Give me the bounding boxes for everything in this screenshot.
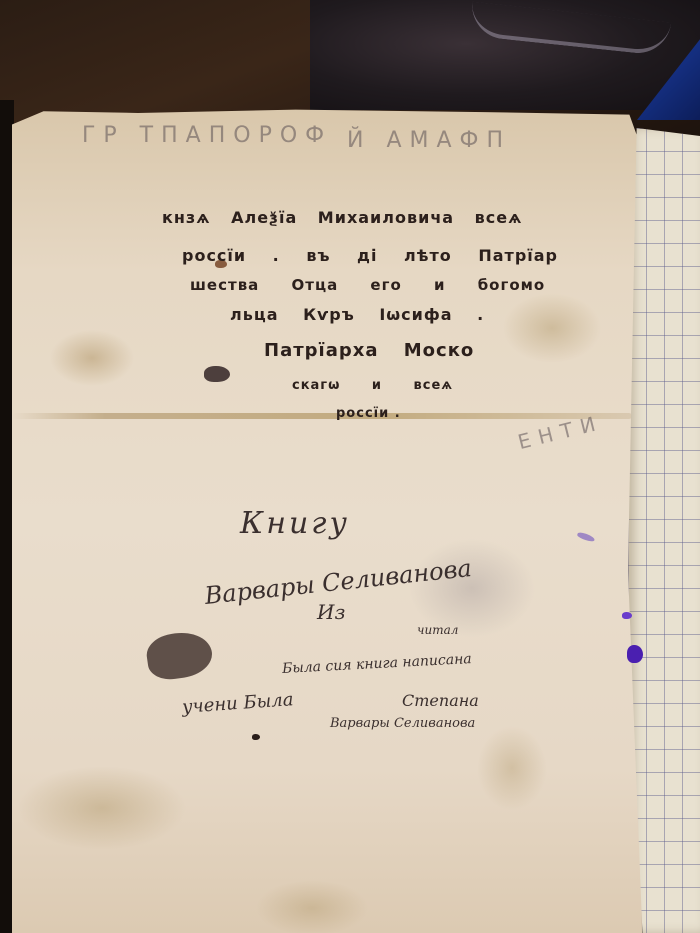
- book-page: ГР ТПАПОРОФ Й АМАФП ЕНТИ кнзѧ Алеѯїа Мих…: [12, 108, 642, 933]
- handwriting-studied: учени Была: [181, 689, 294, 718]
- left-shadow: [0, 100, 14, 933]
- faded-inscription-left: ГР ТПАПОРОФ: [82, 123, 332, 148]
- printed-line-3: шества Отца его и богомо: [190, 276, 545, 294]
- handwriting-owner-2: Варвары Селиванова: [330, 716, 475, 731]
- handwriting-written: Была сия книга написана: [282, 651, 472, 677]
- handwriting-stepan: Степана: [402, 691, 479, 710]
- printed-line-6: скагѡ и всеѧ: [292, 378, 453, 393]
- printed-line-7: россїи .: [336, 406, 401, 421]
- handwriting-book: Книгу: [240, 506, 350, 541]
- handwriting-read: читал: [417, 623, 458, 637]
- ink-stain: [204, 366, 230, 382]
- handwriting-from: Из: [317, 600, 345, 624]
- ink-stain: [144, 629, 215, 683]
- printed-line-1: кнзѧ Алеѯїа Михаиловича всеѧ: [162, 208, 522, 227]
- printed-line-5: Патрїарха Моско: [264, 340, 474, 361]
- ink-dot: [252, 734, 260, 740]
- printed-line-2: россїи . въ ді лѣто Патрїар: [182, 246, 558, 265]
- purple-ink-blot: [627, 645, 643, 663]
- faded-inscription-right: Й АМАФП: [347, 128, 511, 153]
- purple-ink-dot: [622, 612, 632, 619]
- printed-line-4: льца Кѵръ Ιѡсифа .: [230, 305, 484, 324]
- water-stain: [12, 413, 632, 419]
- grid-paper-edge: [628, 128, 700, 933]
